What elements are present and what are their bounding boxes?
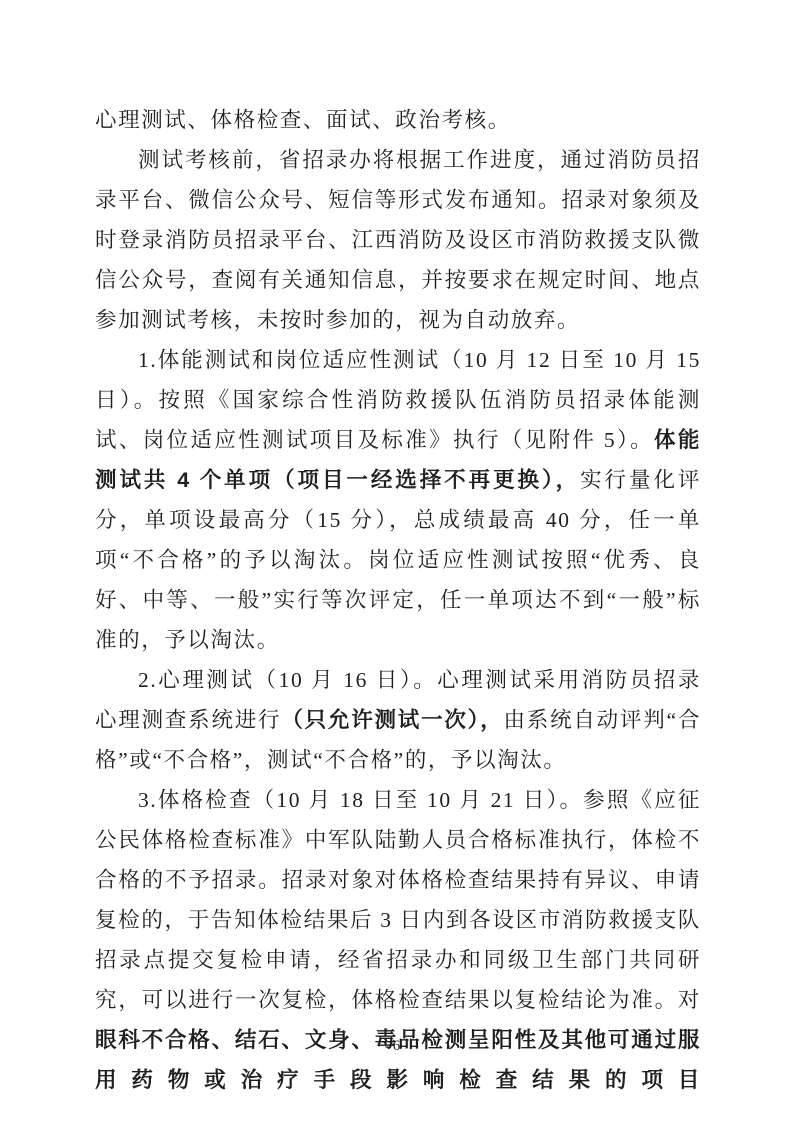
text-run: 实行量化评分，单项设最高分（15 分），总成绩最高 40 分，任一单项“不合格”… [95, 468, 701, 652]
text-run: 3.体格检查（10 月 18 日至 10 月 21 日）。参照《应征公民体格检查… [95, 788, 701, 1012]
text-run-bold: （只允许测试一次）， [281, 708, 503, 732]
paragraph-continuation: 心理测试、体格检查、面试、政治考核。 [95, 100, 701, 140]
document-body: 心理测试、体格检查、面试、政治考核。 测试考核前，省招录办将根据工作进度，通过消… [95, 100, 701, 1100]
document-page: 心理测试、体格检查、面试、政治考核。 测试考核前，省招录办将根据工作进度，通过消… [0, 0, 793, 1122]
paragraph-notice: 测试考核前，省招录办将根据工作进度，通过消防员招录平台、微信公众号、短信等形式发… [95, 140, 701, 340]
paragraph-physical-fitness-test: 1.体能测试和岗位适应性测试（10 月 12 日至 10 月 15 日）。按照《… [95, 340, 701, 660]
text-run: 测试考核前，省招录办将根据工作进度，通过消防员招录平台、微信公众号、短信等形式发… [95, 148, 701, 332]
text-run: 1.体能测试和岗位适应性测试（10 月 12 日至 10 月 15 日）。按照《… [95, 348, 701, 452]
paragraph-psychological-test: 2.心理测试（10 月 16 日）。心理测试采用消防员招录心理测查系统进行（只允… [95, 660, 701, 780]
page-number: 6 [0, 1036, 793, 1056]
text-run: 心理测试、体格检查、面试、政治考核。 [95, 108, 511, 132]
